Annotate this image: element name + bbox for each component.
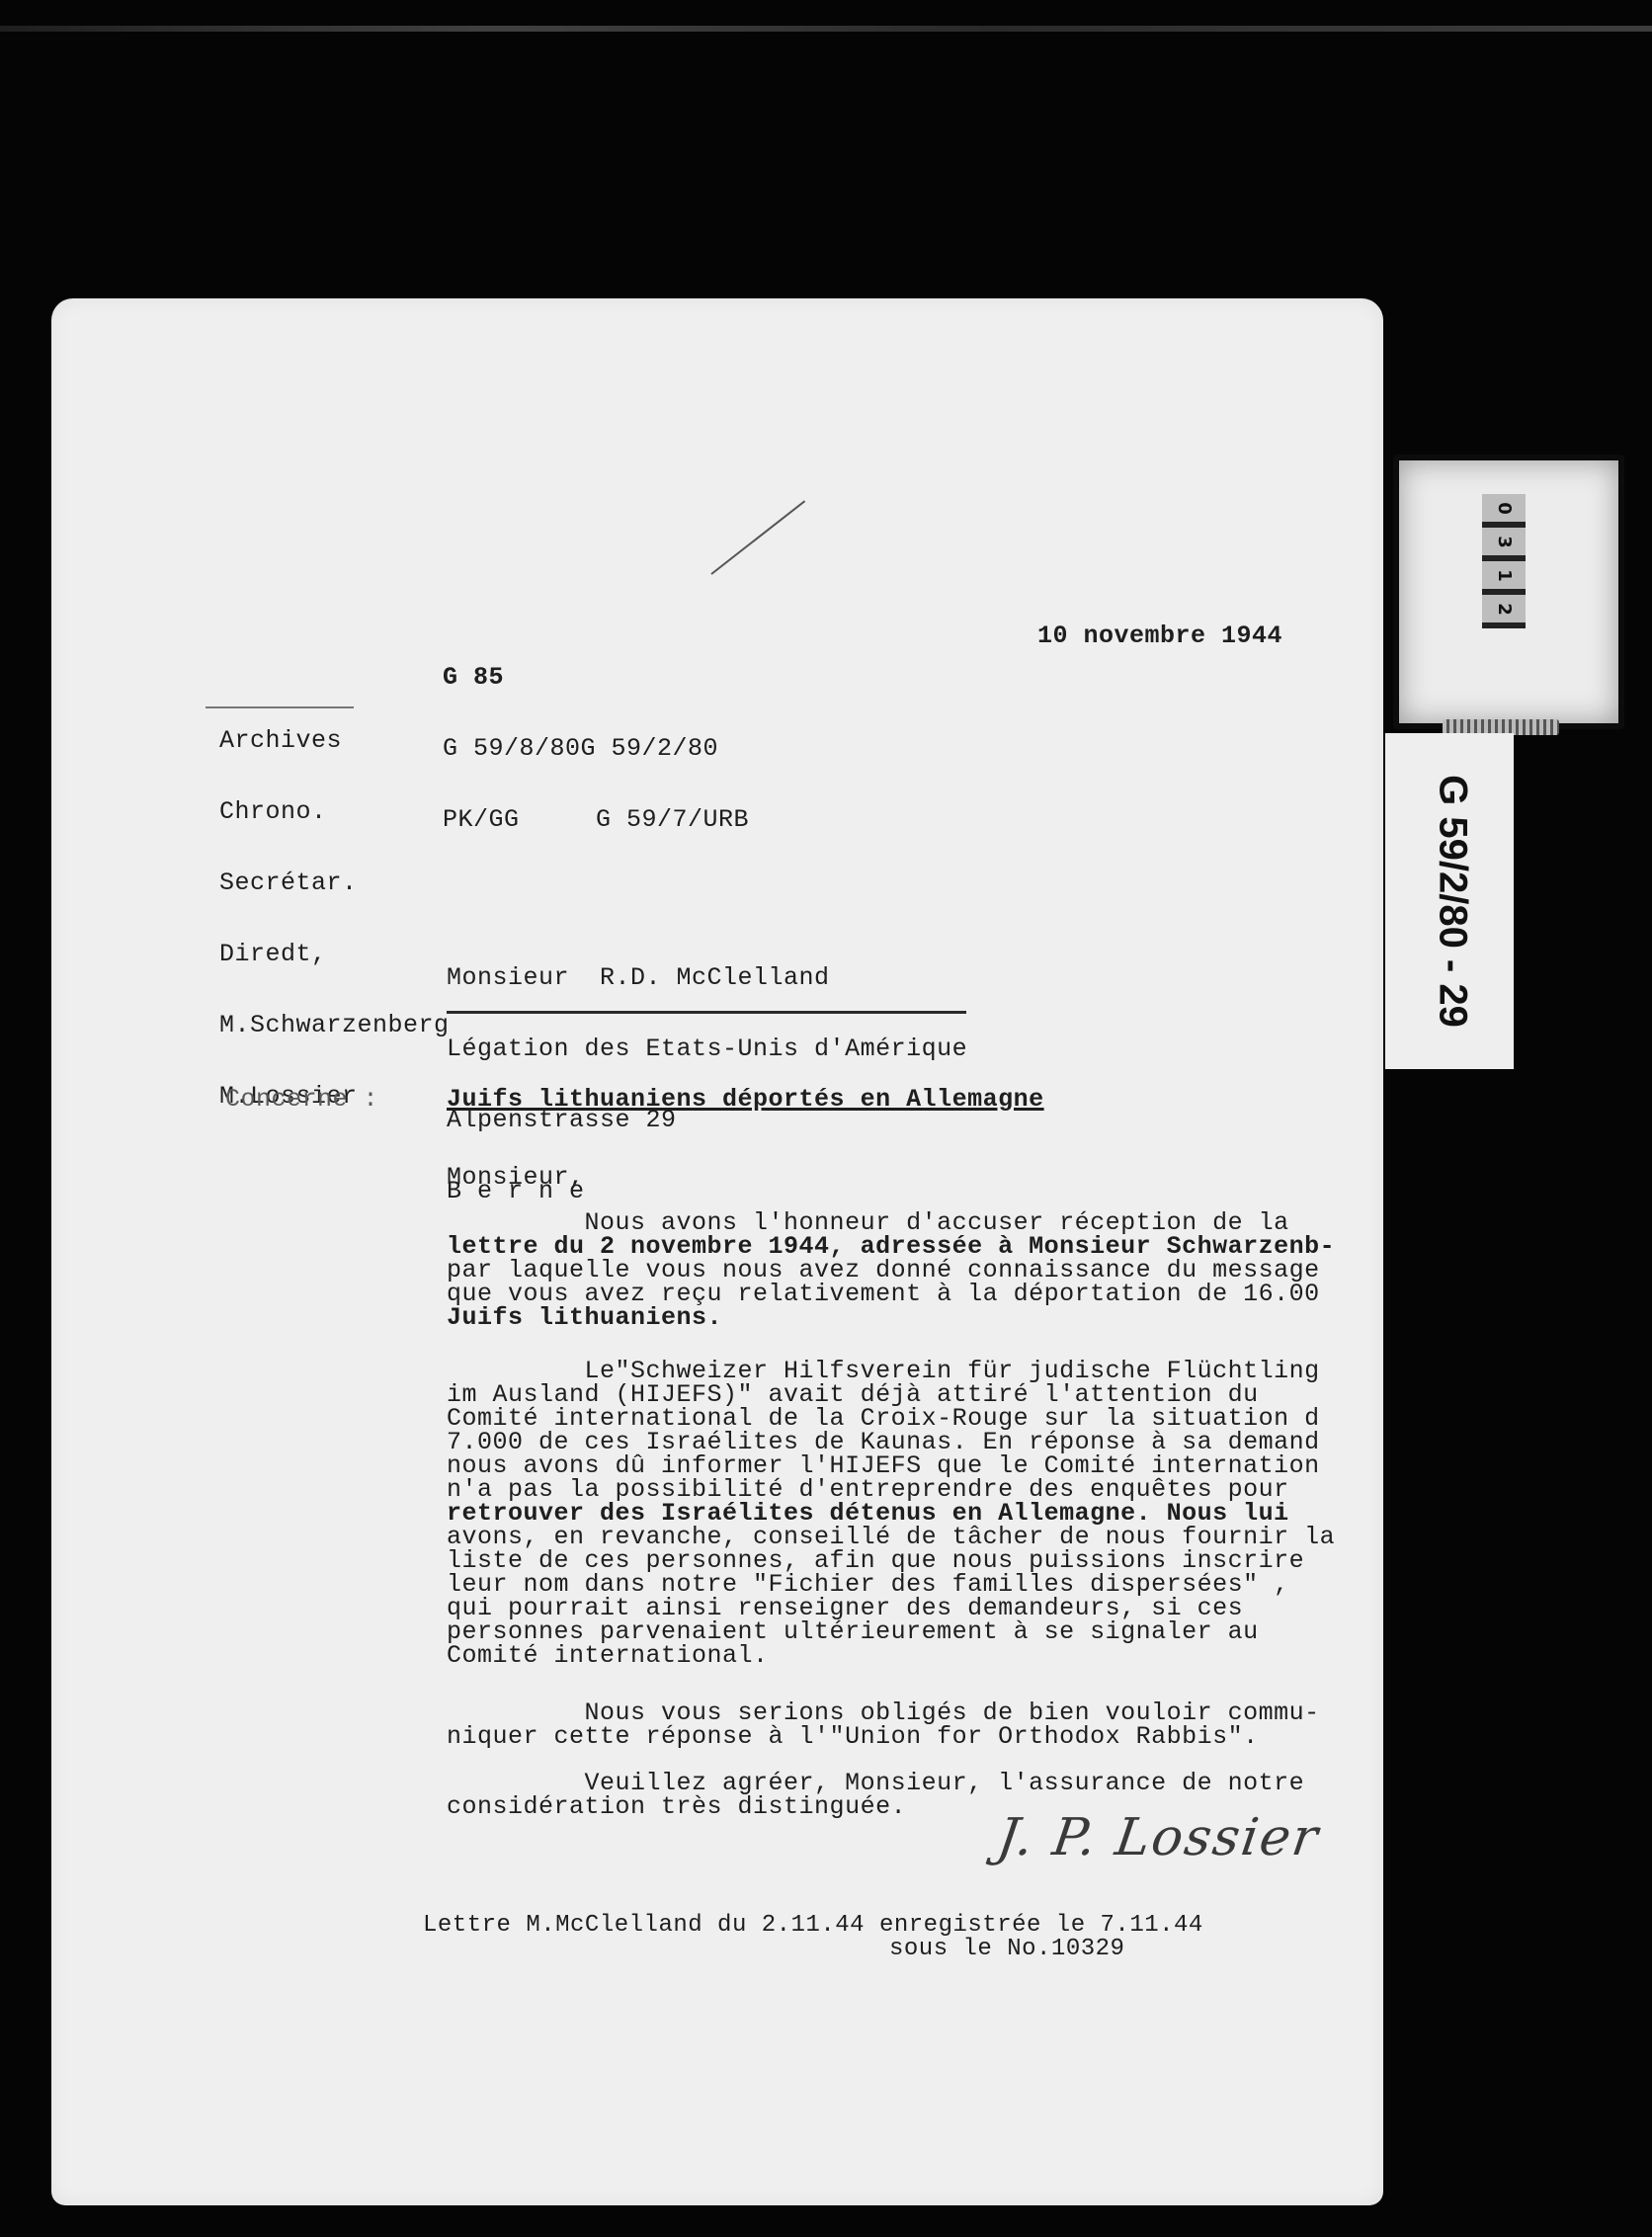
paragraph-line: niquer cette réponse à l'"Union for Orth… [447,1725,1286,1749]
distribution-list: Archives Chrono. Secrétar. Diredt, M.Sch… [219,682,450,1132]
salutation: Monsieur, [447,1166,585,1190]
address-underline [447,1011,966,1014]
counter-digit: 1 [1482,561,1526,595]
distribution-item: M.Schwarzenberg [219,1014,450,1037]
distribution-item: Secrétar. [219,871,450,895]
subject-label: Concerne : [225,1088,378,1112]
subject-value: Juifs lithuaniens déportés en Allemagne [447,1088,1044,1112]
distribution-item: Chrono. [219,800,450,824]
reference-line: G 85 [443,666,749,690]
paragraph-line: Comité international. [447,1644,1286,1668]
body-paragraph: Le"Schweizer Hilfsverein für judische Fl… [447,1360,1286,1668]
archive-reference: G 59/2/80 - 29 [1431,775,1475,1028]
frame-counter-dial: 0 3 1 2 [1482,494,1526,628]
handwritten-signature: J. P. Lossier [994,1808,1323,1867]
film-edge [0,26,1652,32]
recipient-organization: Légation des Etats-Unis d'Amérique [447,1037,967,1061]
paragraph-line: Juifs lithuaniens. [447,1306,1286,1330]
letter-date: 10 novembre 1944 [1037,624,1282,648]
recipient-name: Monsieur R.D. McClelland [447,966,967,990]
counter-digit: 3 [1482,528,1526,561]
counter-digit: 2 [1482,595,1526,628]
registration-number: sous le No.10329 [889,1938,1124,1961]
body-paragraph: Nous vous serions obligés de bien vouloi… [447,1701,1286,1749]
registration-note: Lettre M.McClelland du 2.11.44 enregistr… [423,1914,1203,1938]
reference-line: G 59/8/80G 59/2/80 [443,737,749,761]
counter-digit: 0 [1482,494,1526,528]
distribution-item: Diredt, [219,943,450,966]
file-references: G 85 G 59/8/80G 59/2/80 PK/GG G 59/7/URB [443,619,749,856]
distribution-item: Archives [219,729,450,753]
strikethrough-mark [206,706,354,708]
reference-line: PK/GG G 59/7/URB [443,808,749,832]
body-paragraph: Nous avons l'honneur d'accuser réception… [447,1211,1286,1330]
